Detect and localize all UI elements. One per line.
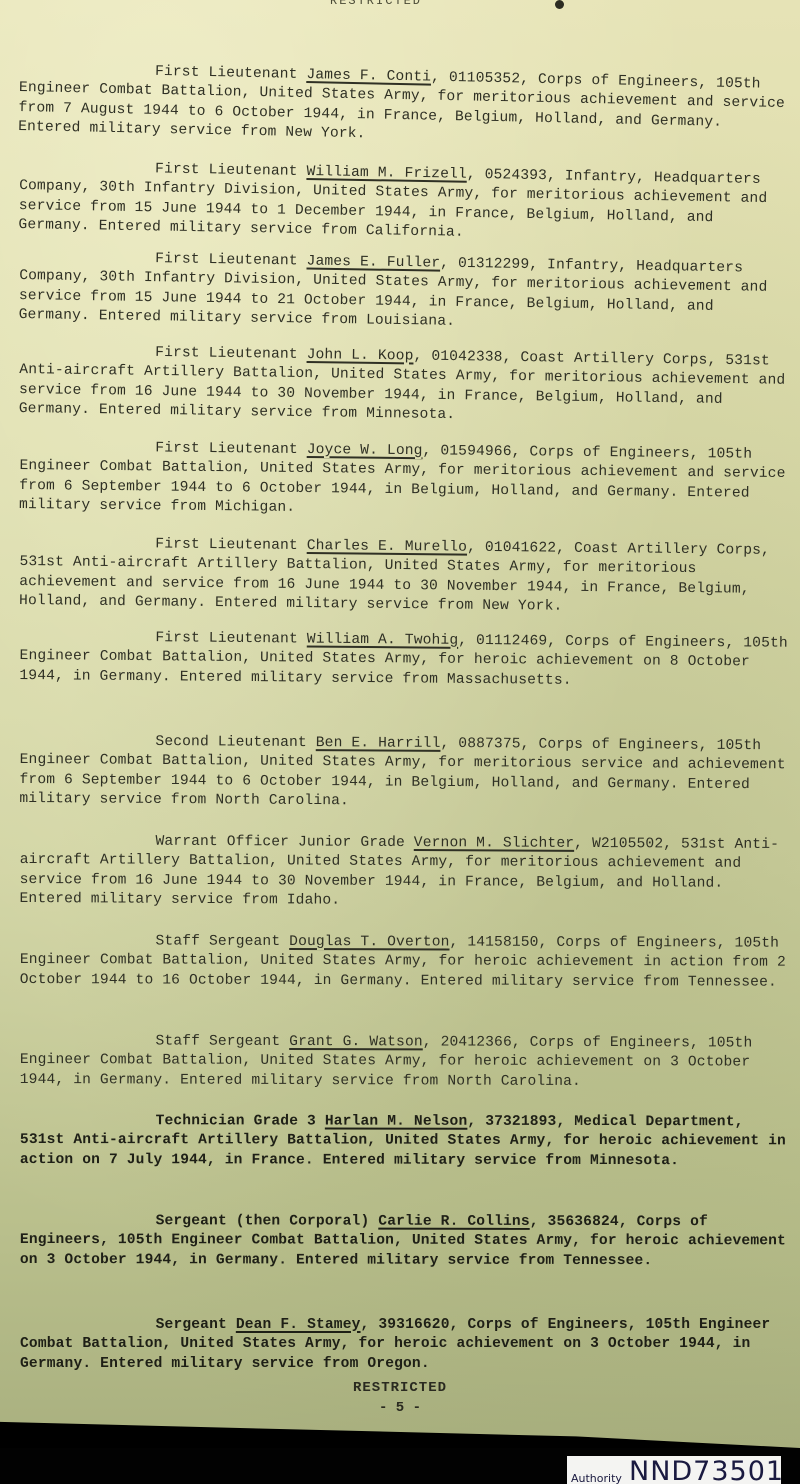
citation-name: Vernon M. Slichter: [414, 835, 574, 852]
citation-rank: Sergeant: [156, 1317, 227, 1333]
citation-rank: First Lieutenant: [155, 344, 298, 362]
ink-spot: [555, 0, 564, 9]
citation-name: Harlan M. Nelson: [325, 1113, 468, 1129]
citation-name: Douglas T. Overton: [289, 933, 449, 950]
citation-name: Ben E. Harrill: [316, 735, 441, 752]
citation-rank: First Lieutenant: [155, 536, 298, 553]
footer-classification: RESTRICTED: [0, 1380, 800, 1396]
citation-name: Grant G. Watson: [289, 1033, 423, 1049]
citation-paragraph: First Lieutenant William A. Twohig, 0111…: [19, 608, 790, 712]
citation-rank: Staff Sergeant: [156, 1033, 281, 1049]
authority-number: NND735017: [629, 1456, 781, 1484]
citation-name: William A. Twohig: [307, 631, 459, 648]
citation-name: James F. Conti: [306, 67, 431, 86]
citation-rank: First Lieutenant: [155, 251, 298, 269]
citation-rank: Warrant Officer Junior Grade: [155, 833, 405, 850]
citation-rank: Second Lieutenant: [155, 733, 307, 750]
citation-name: Joyce W. Long: [307, 442, 423, 459]
page-number: - 5 -: [0, 1400, 800, 1416]
citation-rank: First Lieutenant: [155, 161, 298, 179]
citation-name: Dean F. Stamey: [236, 1317, 361, 1333]
citation-name: John L. Koop: [307, 347, 414, 364]
citation-paragraph: Staff Sergeant Douglas T. Overton, 14158…: [20, 912, 790, 1012]
authority-stamp: Authority NND735017: [567, 1456, 781, 1484]
citation-name: Carlie R. Collins: [378, 1213, 529, 1229]
citation-paragraph: Sergeant Dean F. Stamey, 39316620, Corps…: [20, 1296, 790, 1394]
header-classification-fragment: RESTRICTED: [330, 0, 440, 4]
citation-name: William M. Frizell: [306, 164, 467, 183]
citation-paragraph: Technician Grade 3 Harlan M. Nelson, 373…: [20, 1092, 790, 1191]
citation-rank: First Lieutenant: [155, 630, 298, 647]
citation-name: Charles E. Murello: [307, 538, 468, 556]
authority-label: Authority: [571, 1472, 622, 1484]
citation-paragraph: Sergeant (then Corporal) Carlie R. Colli…: [20, 1192, 790, 1291]
citation-name: James E. Fuller: [306, 253, 440, 271]
citation-rank: First Lieutenant: [155, 63, 298, 82]
citation-text: , 39316620, Corps of Engineers, 105th En…: [20, 1317, 779, 1372]
citation-rank: First Lieutenant: [155, 440, 298, 457]
citation-rank: Staff Sergeant: [156, 933, 281, 949]
citation-rank: Sergeant (then Corporal): [156, 1213, 370, 1229]
document-page: RESTRICTED First Lieutenant James F. Con…: [0, 0, 800, 1448]
citation-rank: Technician Grade 3: [156, 1113, 316, 1129]
